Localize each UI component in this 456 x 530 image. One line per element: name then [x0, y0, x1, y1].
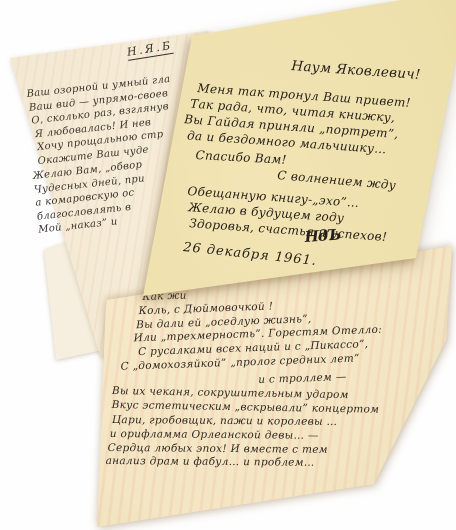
letter-right-thanks-line: Спасибо Вам!: [195, 148, 287, 167]
poem-stanza3: Цари, гробовщик, пажи и королевы … и ори…: [112, 414, 338, 471]
letter-right-stanza2: Обещанную книгу-„эхо”… Желаю в будущем г…: [185, 184, 390, 245]
poem-stanza1: Как жи Коль, с Дюймовочкой ! Вы дали ей …: [142, 283, 383, 374]
letter-right-indented-line: С волнением жду: [277, 168, 397, 192]
letter-date: 26 декабря 1961.: [182, 240, 317, 269]
letter-left-stanza1: Ваш озорной и умный гла Ваш вид — упрямо…: [26, 73, 178, 169]
poem-line: анализ драм и фабул… и проблем…: [106, 455, 338, 471]
signature-monogram: НдЪ: [304, 225, 341, 245]
poem-indented-line: и с троллем —: [258, 371, 347, 386]
letter-left-heading: Н.Я.Б: [126, 39, 174, 61]
letter-right-stanza1: Меня так тронул Ваш привет! Так рада, чт…: [194, 80, 412, 159]
poem-stanza2: Вы их чеканя, сокрушительным ударом Вкус…: [112, 385, 380, 417]
photo-canvas: Н.Я.Б Ваш озорной и умный гла Ваш вид — …: [0, 0, 456, 530]
letter-right-heading: Наум Яковлевич!: [291, 58, 421, 83]
letter-left-stanza2: Желаю Вам, „обвор Чудесных дней, при а к…: [32, 158, 150, 237]
